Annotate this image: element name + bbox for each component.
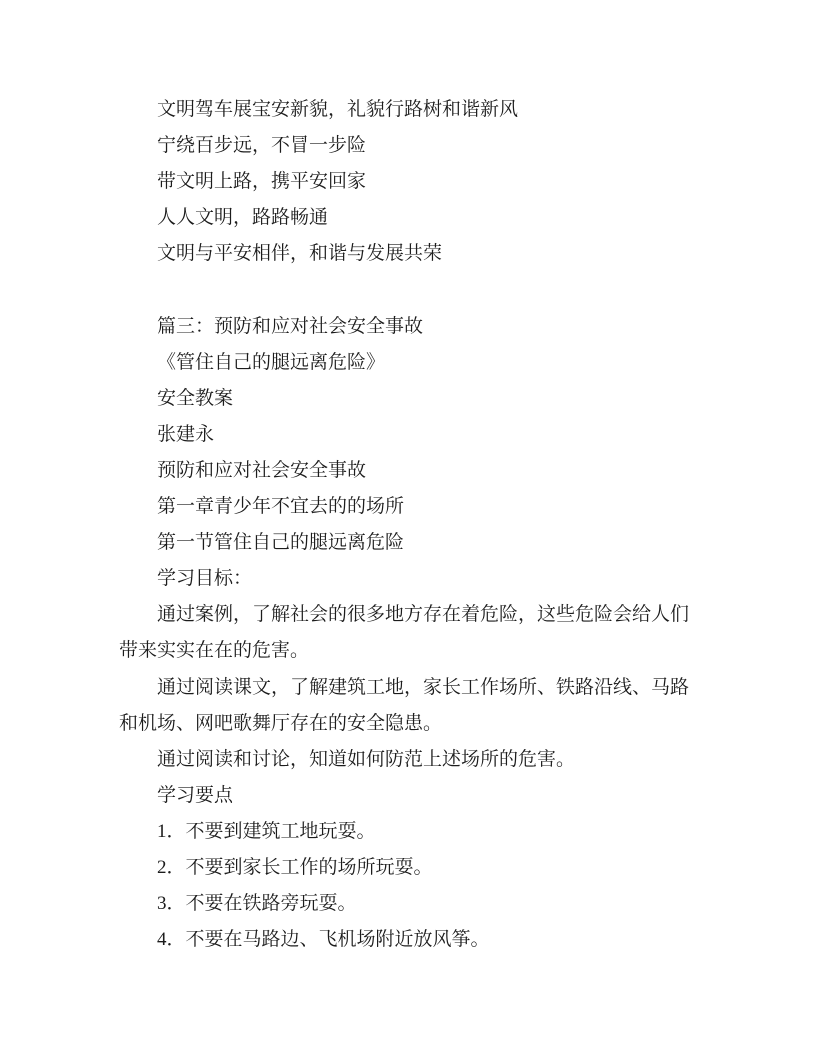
list-item-line: 1．不要到建筑工地玩耍。 xyxy=(119,814,697,850)
paragraph-continuation-line: 带来实实在在的危害。 xyxy=(119,633,697,669)
paragraph-line: 人人文明，路路畅通 xyxy=(119,200,697,236)
document-page: 文明驾车展宝安新貌，礼貌行路树和谐新风 宁绕百步远，不冒一步险 带文明上路，携平… xyxy=(0,0,816,1056)
paragraph-line: 安全教案 xyxy=(119,381,697,417)
label-line: 学习目标： xyxy=(119,561,697,597)
paragraph-line: 通过阅读课文，了解建筑工地，家长工作场所、铁路沿线、马路 xyxy=(119,670,697,706)
paragraph-line: 文明与平安相伴，和谐与发展共荣 xyxy=(119,236,697,272)
label-line: 学习要点 xyxy=(119,778,697,814)
paragraph-line: 通过阅读和讨论，知道如何防范上述场所的危害。 xyxy=(119,742,697,778)
list-item-line: 4．不要在马路边、飞机场附近放风筝。 xyxy=(119,922,697,958)
list-item-line: 3．不要在铁路旁玩耍。 xyxy=(119,886,697,922)
paragraph-continuation-line: 和机场、网吧歌舞厅存在的安全隐患。 xyxy=(119,706,697,742)
paragraph-line: 预防和应对社会安全事故 xyxy=(119,453,697,489)
paragraph-line: 文明驾车展宝安新貌，礼貌行路树和谐新风 xyxy=(119,92,697,128)
paragraph-line: 带文明上路，携平安回家 xyxy=(119,164,697,200)
section-heading-line: 篇三：预防和应对社会安全事故 xyxy=(119,309,697,345)
list-item-line: 2．不要到家长工作的场所玩耍。 xyxy=(119,850,697,886)
blank-line xyxy=(119,272,697,308)
chapter-heading-line: 第一章青少年不宜去的的场所 xyxy=(119,489,697,525)
paragraph-line: 通过案例，了解社会的很多地方存在着危险，这些危险会给人们 xyxy=(119,597,697,633)
section-title-line: 第一节管住自己的腿远离危险 xyxy=(119,525,697,561)
paragraph-line: 宁绕百步远，不冒一步险 xyxy=(119,128,697,164)
author-line: 张建永 xyxy=(119,417,697,453)
title-line: 《管住自己的腿远离危险》 xyxy=(119,345,697,381)
